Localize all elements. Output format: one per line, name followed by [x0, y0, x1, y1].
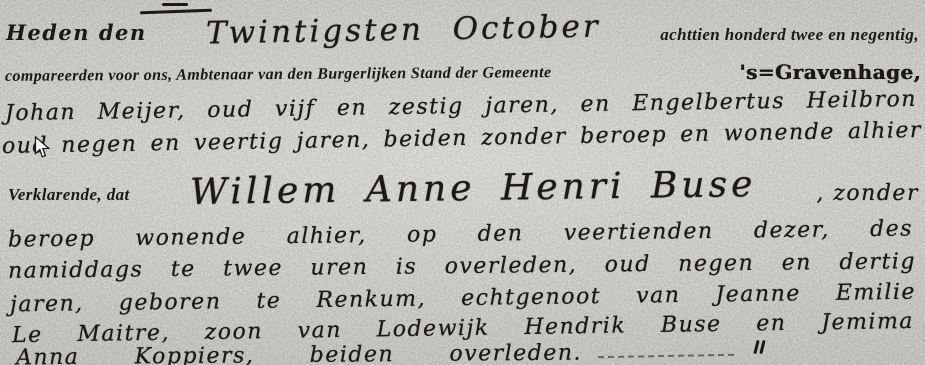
- handwritten-date: Twintigsten October: [206, 9, 601, 52]
- record-line-declarant-2: oud negen en veertig jaren, beiden zonde…: [2, 118, 922, 159]
- record-line-death-time: namiddags te twee uren is overleden, oud…: [8, 249, 916, 284]
- mouse-cursor-icon: [34, 136, 51, 159]
- record-line-deceased: Verklarende, dat Willem Anne Henri Buse …: [8, 168, 919, 209]
- printed-heden-den: Heden den: [6, 20, 147, 45]
- stray-mark-2: [759, 340, 765, 354]
- filler-dashes: [598, 354, 734, 358]
- printed-verklarende: Verklarende, dat: [8, 185, 130, 205]
- gemeente-name: 's=Gravenhage,: [739, 60, 921, 84]
- record-line-parents-end: Anna Koppiers, beiden overleden.: [16, 341, 582, 365]
- death-record-scan: Heden den Twintigsten October achttien h…: [0, 0, 925, 365]
- record-line-date: Heden den Twintigsten October achttien h…: [6, 12, 919, 48]
- printed-compareerden: compareerden voor ons, Ambtenaar van den…: [5, 64, 552, 86]
- deceased-name: Willem Anne Henri Buse: [190, 164, 757, 213]
- record-line-registrar: compareerden voor ons, Ambtenaar van den…: [5, 60, 921, 84]
- overline-dash: [162, 3, 188, 6]
- handwritten-zonder: , zonder: [816, 181, 919, 206]
- record-line-death-date: beroep wonende alhier, op den veertiende…: [8, 216, 913, 252]
- printed-year: achttien honderd twee en negentig,: [660, 25, 919, 45]
